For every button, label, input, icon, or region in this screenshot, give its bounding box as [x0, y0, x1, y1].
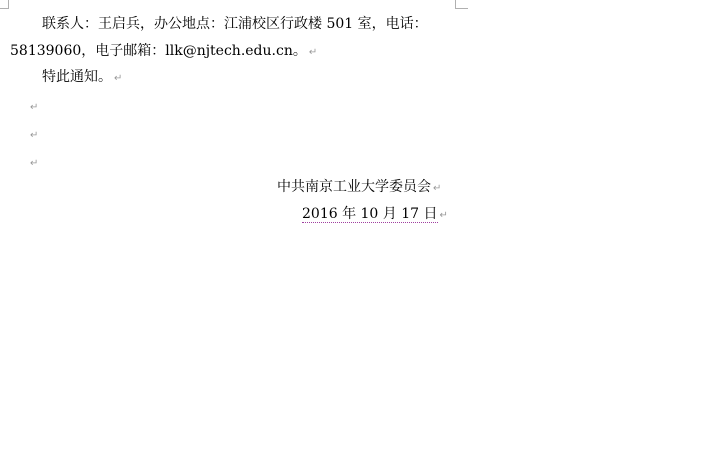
date-text[interactable]: 2016 年 10 月 17 日: [302, 206, 438, 223]
closing-text: 特此通知。: [42, 69, 112, 85]
paragraph-mark-icon: ↵: [114, 73, 122, 84]
paragraph-mark-icon: ↵: [30, 158, 38, 169]
empty-paragraph: ↵: [28, 126, 38, 144]
phone-email-line: 58139060，电子邮箱：llk@njtech.edu.cn。↵: [10, 43, 317, 61]
empty-paragraph: ↵: [28, 154, 38, 172]
paragraph-mark-icon: ↵: [440, 210, 448, 221]
paragraph-mark-icon: ↵: [30, 130, 38, 141]
signature-line: 中共南京工业大学委员会↵: [277, 179, 441, 197]
contact-line: 联系人：王启兵，办公地点：江浦校区行政楼 501 室，电话：: [42, 16, 428, 32]
paragraph-mark-icon: ↵: [433, 183, 441, 194]
date-line: 2016 年 10 月 17 日↵: [302, 206, 448, 224]
paragraph-mark-icon: ↵: [309, 47, 317, 58]
paragraph-mark-icon: ↵: [30, 102, 38, 113]
phone-email-text: 58139060，电子邮箱：llk@njtech.edu.cn。: [10, 43, 307, 59]
closing-line: 特此通知。↵: [42, 69, 122, 87]
margin-corner-mark: [455, 0, 468, 9]
contact-text: 联系人：王启兵，办公地点：江浦校区行政楼 501 室，电话：: [42, 16, 428, 32]
empty-paragraph: ↵: [28, 98, 38, 116]
signature-text: 中共南京工业大学委员会: [277, 179, 431, 195]
margin-corner-mark: [0, 0, 9, 9]
